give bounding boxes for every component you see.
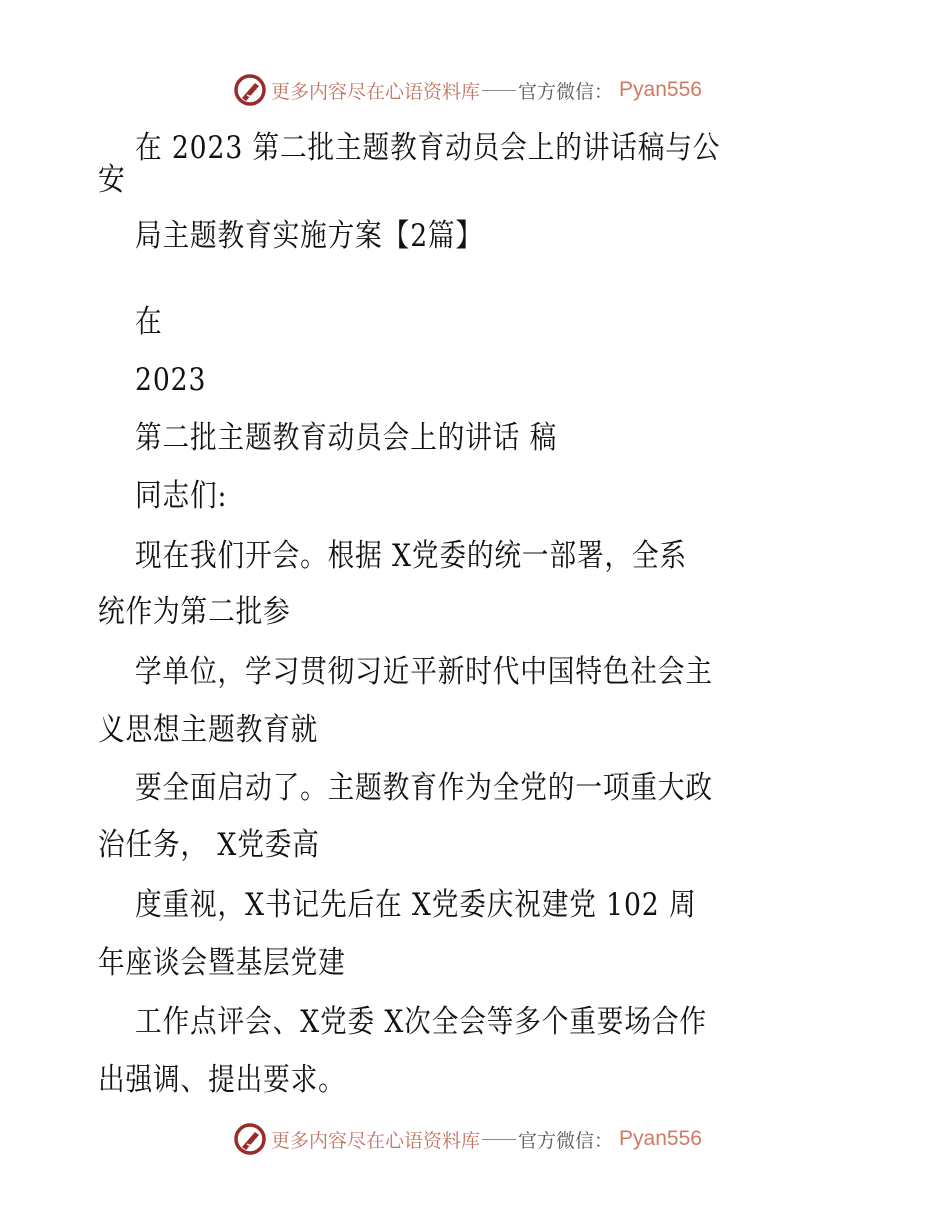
body-line-1: 现在我们开会。根据 X党委的统一部署，全系 bbox=[135, 538, 687, 574]
separator-dash bbox=[482, 1139, 516, 1140]
header-banner: 更多内容尽在心语资料库 官方微信： Pyan556 bbox=[233, 72, 702, 108]
pen-logo-icon bbox=[233, 73, 267, 107]
body-line-7: 度重视，X书记先后在 X党委庆祝建党 102 周 bbox=[135, 887, 696, 923]
title-line-1: 在 2023 第二批主题教育动员会上的讲话稿与公 bbox=[135, 130, 720, 166]
body-line-4: 义思想主题教育就 bbox=[98, 712, 318, 748]
wechat-id: Pyan556 bbox=[619, 78, 702, 102]
site-name-text: 更多内容尽在心语资料库 bbox=[271, 1126, 480, 1153]
body-line-2: 统作为第二批参 bbox=[98, 594, 291, 630]
body-line-8: 年座谈会暨基层党建 bbox=[98, 945, 346, 981]
title-line-2: 安 bbox=[98, 162, 126, 198]
body-line-3: 学单位，学习贯彻习近平新时代中国特色社会主 bbox=[135, 654, 713, 690]
title-line-3: 局主题教育实施方案【2篇】 bbox=[135, 218, 483, 254]
salutation: 同志们: bbox=[135, 478, 227, 514]
site-name-text: 更多内容尽在心语资料库 bbox=[271, 77, 480, 104]
body-line-6: 治任务， X党委高 bbox=[98, 827, 320, 863]
wechat-label: 官方微信： bbox=[518, 77, 613, 104]
footer-banner: 更多内容尽在心语资料库 官方微信： Pyan556 bbox=[233, 1121, 702, 1157]
separator-dash bbox=[482, 90, 516, 91]
wechat-label: 官方微信： bbox=[518, 1126, 613, 1153]
subtitle-line-2: 2023 bbox=[135, 362, 206, 398]
subtitle-line-1: 在 bbox=[135, 304, 163, 340]
subtitle-line-3: 第二批主题教育动员会上的讲话 稿 bbox=[135, 420, 557, 456]
body-line-9: 工作点评会、X党委 X次全会等多个重要场合作 bbox=[135, 1004, 707, 1040]
wechat-id: Pyan556 bbox=[619, 1127, 702, 1151]
body-line-10: 出强调、提出要求。 bbox=[98, 1062, 346, 1098]
pen-logo-icon bbox=[233, 1122, 267, 1156]
body-line-5: 要全面启动了。主题教育作为全党的一项重大政 bbox=[135, 770, 713, 806]
